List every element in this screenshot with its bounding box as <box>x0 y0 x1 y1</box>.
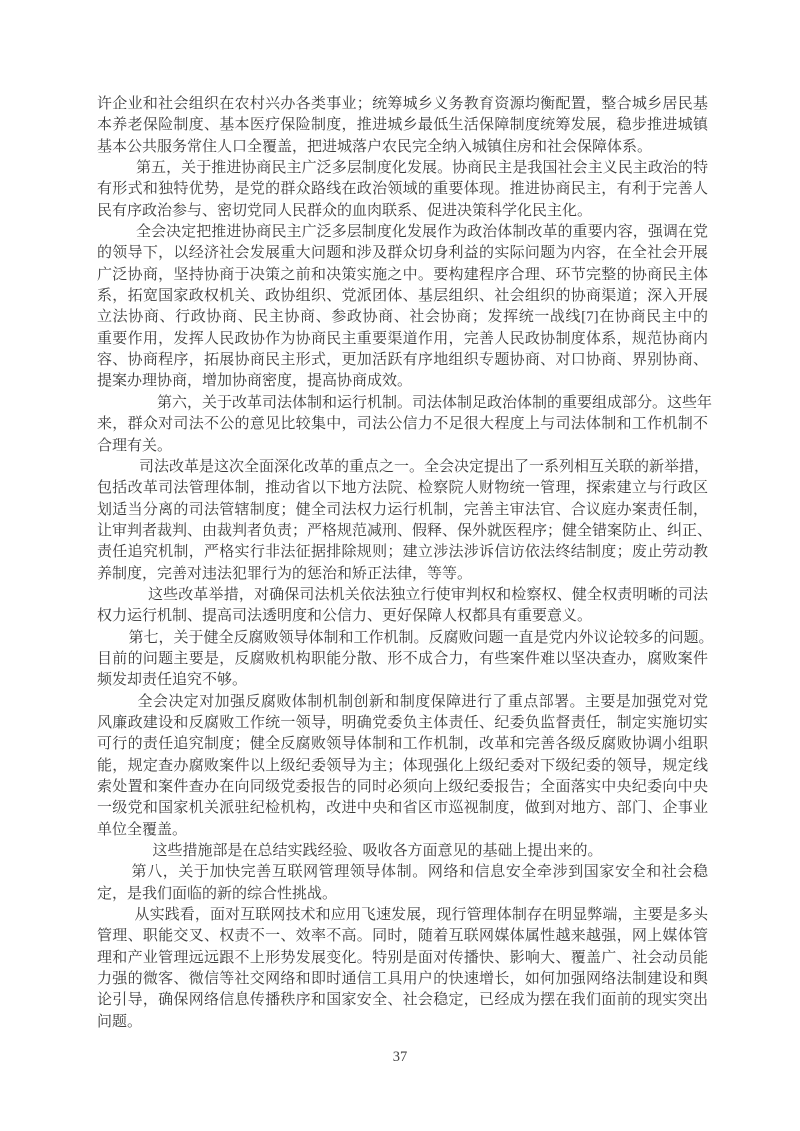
text-line: 基本公共服务常住人口全覆盖，把进城落户农民完全纳入城镇住房和社会保障体系。 <box>97 137 708 158</box>
text-line: 第五，关于推进协商民主广泛多层制度化发展。协商民主是我国社会主义民主政治的特 <box>97 158 708 179</box>
text-line: 权力运行机制、提高司法透明度和公信力、更好保障人权都具有重要意义。 <box>97 606 708 627</box>
text-line: 单位全覆盖。 <box>97 820 708 841</box>
text-line: 本养老保险制度、基本医疗保险制度，推进城乡最低生活保障制度统筹发展，稳步推进城镇 <box>97 115 708 136</box>
text-line: 立法协商、行政协商、民主协商、参政协商、社会协商；发挥统一战线[7]在协商民主中… <box>97 307 708 328</box>
text-line: 风廉政建设和反腐败工作统一领导，明确党委负主体责任、纪委负监督责任，制定实施切实 <box>97 713 708 734</box>
text-line: 力强的微客、微信等社交网络和即时通信工具用户的快速增长，如何加强网络法制建设和舆 <box>97 969 708 990</box>
text-line: 第八，关于加快完善互联网管理领导体制。网络和信息安全牵涉到国家安全和社会稳 <box>97 862 708 883</box>
paragraph: 第七，关于健全反腐败领导体制和工作机制。反腐败问题一直是党内外议论较多的问题。目… <box>97 628 708 692</box>
text-line: 来，群众对司法不公的意见比较集中，司法公信力不足很大程度上与司法体制和工作机制不 <box>97 414 708 435</box>
text-line: 可行的责任追究制度；健全反腐败领导体制和工作机制，改革和完善各级反腐败协调小组职 <box>97 734 708 755</box>
text-line: 第六，关于改革司法体制和运行机制。司法体制足政治体制的重要组成部分。这些年 <box>97 393 708 414</box>
text-line: 论引导，确保网络信息传播秩序和国家安全、社会稳定，已经成为摆在我们面前的现实突出 <box>97 990 708 1011</box>
paragraph: 第六，关于改革司法体制和运行机制。司法体制足政治体制的重要组成部分。这些年来，群… <box>97 393 708 457</box>
text-block: 许企业和社会组织在农村兴办各类事业；统筹城乡义务教育资源均衡配置，整合城乡居民基… <box>97 94 708 1033</box>
text-line: 理和产业管理远远跟不上形势发展变化。特别是面对传播快、影响大、覆盖广、社会动员能 <box>97 948 708 969</box>
text-line: 让审判者裁判、由裁判者负责；严格规范减刑、假释、保外就医程序；健全错案防止、纠正… <box>97 521 708 542</box>
text-line: 养制度，完善对违法犯罪行为的惩治和矫正法律，等等。 <box>97 564 708 585</box>
text-line: 提案办理协商，增加协商密度，提高协商成效。 <box>97 371 708 392</box>
text-line: 系，拓宽国家政权机关、政协组织、党派团体、基层组织、社会组织的协商渠道；深入开展 <box>97 286 708 307</box>
text-line: 的领导下，以经济社会发展重大问题和涉及群众切身利益的实际问题为内容，在全社会开展 <box>97 243 708 264</box>
page-number: 37 <box>0 1049 800 1066</box>
text-line: 从实践看，面对互联网技术和应用飞速发展，现行管理体制存在明显弊端，主要是多头 <box>97 905 708 926</box>
paragraph: 这些措施部是在总结实践经验、吸收各方面意见的基础上提出来的。 <box>97 841 708 862</box>
paragraph: 全会决定对加强反腐败体制机制创新和制度保障进行了重点部署。主要是加强党对党风廉政… <box>97 692 708 841</box>
text-line: 民有序政治参与、密切党同人民群众的血肉联系、促进决策科学化民主化。 <box>97 201 708 222</box>
text-line: 司法改革是这次全面深化改革的重点之一。全会决定提出了一系列相互关联的新举措， <box>97 457 708 478</box>
paragraph: 全会决定把推进协商民主广泛多层制度化发展作为政治体制改革的重要内容，强调在党的领… <box>97 222 708 393</box>
text-line: 合理有关。 <box>97 436 708 457</box>
paragraph: 第八，关于加快完善互联网管理领导体制。网络和信息安全牵涉到国家安全和社会稳定，是… <box>97 862 708 905</box>
text-line: 能，规定查办腐败案件以上级纪委领导为主；体现强化上级纪委对下级纪委的领导，规定线 <box>97 756 708 777</box>
paragraph: 司法改革是这次全面深化改革的重点之一。全会决定提出了一系列相互关联的新举措，包括… <box>97 457 708 585</box>
text-line: 有形式和独特优势，是党的群众路线在政治领域的重要体现。推进协商民主，有利于完善人 <box>97 179 708 200</box>
paragraph: 许企业和社会组织在农村兴办各类事业；统筹城乡义务教育资源均衡配置，整合城乡居民基… <box>97 94 708 158</box>
text-line: 重要作用，发挥人民政协作为协商民主重要渠道作用，完善人民政协制度体系，规范协商内 <box>97 329 708 350</box>
paragraph: 第五，关于推进协商民主广泛多层制度化发展。协商民主是我国社会主义民主政治的特有形… <box>97 158 708 222</box>
paragraph: 这些改革举措，对确保司法机关依法独立行使审判权和检察权、健全权责明晰的司法权力运… <box>97 585 708 628</box>
text-line: 责任追究机制，严格实行非法征据排除规则；建立涉法涉诉信访依法终结制度；废止劳动教 <box>97 542 708 563</box>
text-line: 容、协商程序，拓展协商民主形式，更加活跃有序地组织专题协商、对口协商、界别协商、 <box>97 350 708 371</box>
text-line: 广泛协商，坚持协商于决策之前和决策实施之中。要构建程序合理、环节完整的协商民主体 <box>97 265 708 286</box>
text-line: 这些措施部是在总结实践经验、吸收各方面意见的基础上提出来的。 <box>97 841 708 862</box>
text-line: 管理、职能交叉、权责不一、效率不高。同时，随着互联网媒体属性越来越强，网上媒体管 <box>97 926 708 947</box>
text-line: 第七，关于健全反腐败领导体制和工作机制。反腐败问题一直是党内外议论较多的问题。 <box>97 628 708 649</box>
text-line: 索处置和案件查办在向同级党委报告的同时必须向上级纪委报告；全面落实中央纪委向中央 <box>97 777 708 798</box>
text-line: 包括改革司法管理体制，推动省以下地方法院、检察院人财物统一管理，探索建立与行政区 <box>97 478 708 499</box>
text-line: 许企业和社会组织在农村兴办各类事业；统筹城乡义务教育资源均衡配置，整合城乡居民基 <box>97 94 708 115</box>
text-line: 一级党和国家机关派驻纪检机构，改进中央和省区市巡视制度，做到对地方、部门、企事业 <box>97 798 708 819</box>
text-line: 频发却责任追究不够。 <box>97 670 708 691</box>
text-line: 问题。 <box>97 1012 708 1033</box>
text-line: 全会决定把推进协商民主广泛多层制度化发展作为政治体制改革的重要内容，强调在党 <box>97 222 708 243</box>
text-line: 定，是我们面临的新的综合性挑战。 <box>97 884 708 905</box>
document-page: 许企业和社会组织在农村兴办各类事业；统筹城乡义务教育资源均衡配置，整合城乡居民基… <box>0 0 800 1131</box>
paragraph: 从实践看，面对互联网技术和应用飞速发展，现行管理体制存在明显弊端，主要是多头管理… <box>97 905 708 1033</box>
text-line: 划适当分离的司法管辖制度；健全司法权力运行机制，完善主审法官、合议庭办案责任制， <box>97 500 708 521</box>
text-line: 这些改革举措，对确保司法机关依法独立行使审判权和检察权、健全权责明晰的司法 <box>97 585 708 606</box>
text-line: 目前的问题主要是，反腐败机构职能分散、形不成合力，有些案件难以坚决查办，腐败案件 <box>97 649 708 670</box>
text-line: 全会决定对加强反腐败体制机制创新和制度保障进行了重点部署。主要是加强党对党 <box>97 692 708 713</box>
